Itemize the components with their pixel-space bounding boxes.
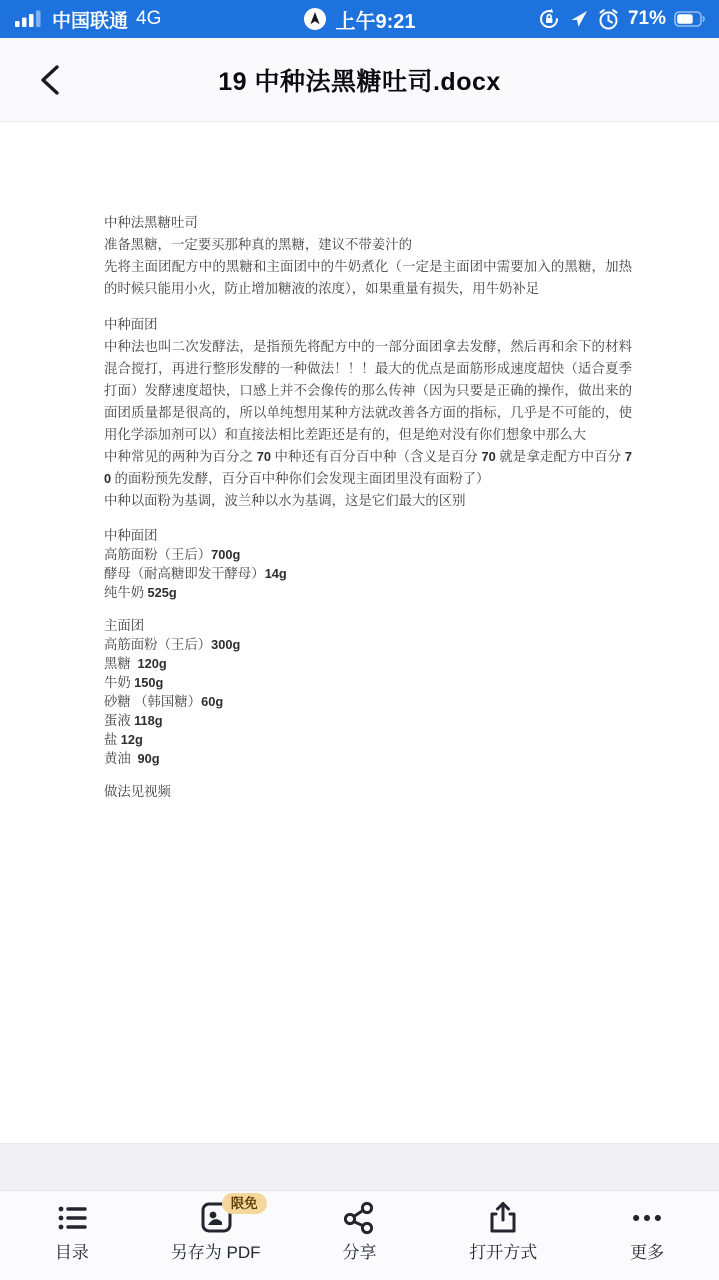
cell-signal-icon — [14, 9, 44, 29]
battery-percent-label: 71% — [628, 8, 666, 30]
document-line: 中种法也叫二次发酵法，是指预先将配方中的一部分面团拿去发酵，然后再和余下的材料混… — [104, 336, 632, 446]
document-line: 纯牛奶 525g — [104, 583, 632, 602]
clock-label: 上午9:21 — [335, 5, 415, 34]
limited-free-badge: 限免 — [222, 1193, 267, 1214]
document-line: 牛奶 150g — [104, 673, 632, 692]
document-line: 酵母（耐高糖即发干酵母）14g — [104, 564, 632, 583]
document-line: 黑糖 120g — [104, 654, 632, 673]
toc-list-icon — [53, 1199, 91, 1237]
alarm-clock-icon — [597, 8, 620, 31]
battery-icon — [674, 11, 705, 27]
document-line: 蛋液 118g — [104, 711, 632, 730]
document-line: 砂糖 （韩国糖）60g — [104, 692, 632, 711]
document-line: 黄油 90g — [104, 749, 632, 768]
document-line: 中种法黑糖吐司 — [104, 212, 632, 234]
share-nodes-icon — [340, 1199, 378, 1237]
save-as-pdf-label: 另存为 PDF — [171, 1243, 261, 1263]
document-line: 高筋面粉（王后）300g — [104, 635, 632, 654]
document-line: 高筋面粉（王后）700g — [104, 545, 632, 564]
export-box-arrow-icon — [484, 1199, 522, 1237]
document-line: 做法见视频 — [104, 782, 632, 801]
page-background-gap — [0, 1143, 719, 1191]
more-button[interactable]: 更多 — [597, 1191, 697, 1280]
document-blank-line — [104, 768, 632, 782]
share-button[interactable]: 分享 — [309, 1191, 409, 1280]
carrier-label: 中国联通 — [52, 6, 128, 33]
document-page[interactable]: 中种法黑糖吐司准备黑糖，一定要买那种真的黑糖，建议不带姜汁的先将主面团配方中的黑… — [0, 123, 719, 1143]
document-title: 19 中种法黑糖吐司.docx — [218, 62, 501, 98]
more-label: 更多 — [630, 1243, 664, 1263]
network-label: 4G — [136, 8, 161, 30]
orientation-lock-icon — [537, 7, 561, 31]
document-line: 盐 12g — [104, 730, 632, 749]
back-button[interactable] — [22, 38, 78, 122]
document-line: 中种面团 — [104, 526, 632, 545]
status-bar: 中国联通 4G 上午9:21 — [0, 0, 719, 38]
document-blank-line — [104, 512, 632, 526]
chevron-left-icon — [37, 63, 63, 97]
document-line: 中种面团 — [104, 314, 632, 336]
share-label: 分享 — [342, 1243, 376, 1263]
document-line: 中种以面粉为基调，波兰种以水为基调，这是它们最大的区别 — [104, 490, 632, 512]
location-arrow-icon — [569, 9, 589, 29]
open-with-label: 打开方式 — [469, 1243, 537, 1263]
document-line: 先将主面团配方中的黑糖和主面团中的牛奶煮化（一定是主面团中需要加入的黑糖，加热的… — [104, 256, 632, 300]
save-as-pdf-button[interactable]: 限免 另存为 PDF — [166, 1191, 266, 1280]
document-line: 中种常见的两种为百分之 70 中种还有百分百中种（含义是百分 70 就是拿走配方… — [104, 446, 632, 490]
document-line: 主面团 — [104, 616, 632, 635]
navigation-active-icon — [303, 7, 327, 31]
nav-bar: 19 中种法黑糖吐司.docx — [0, 38, 719, 122]
document-blank-line — [104, 300, 632, 314]
document-line: 准备黑糖，一定要买那种真的黑糖，建议不带姜汁的 — [104, 234, 632, 256]
document-blank-line — [104, 602, 632, 616]
toc-button[interactable]: 目录 — [22, 1191, 122, 1280]
more-dots-icon — [628, 1199, 666, 1237]
toc-label: 目录 — [55, 1243, 89, 1263]
open-with-button[interactable]: 打开方式 — [453, 1191, 553, 1280]
bottom-toolbar: 目录 限免 另存为 PDF 分享 — [0, 1190, 719, 1280]
